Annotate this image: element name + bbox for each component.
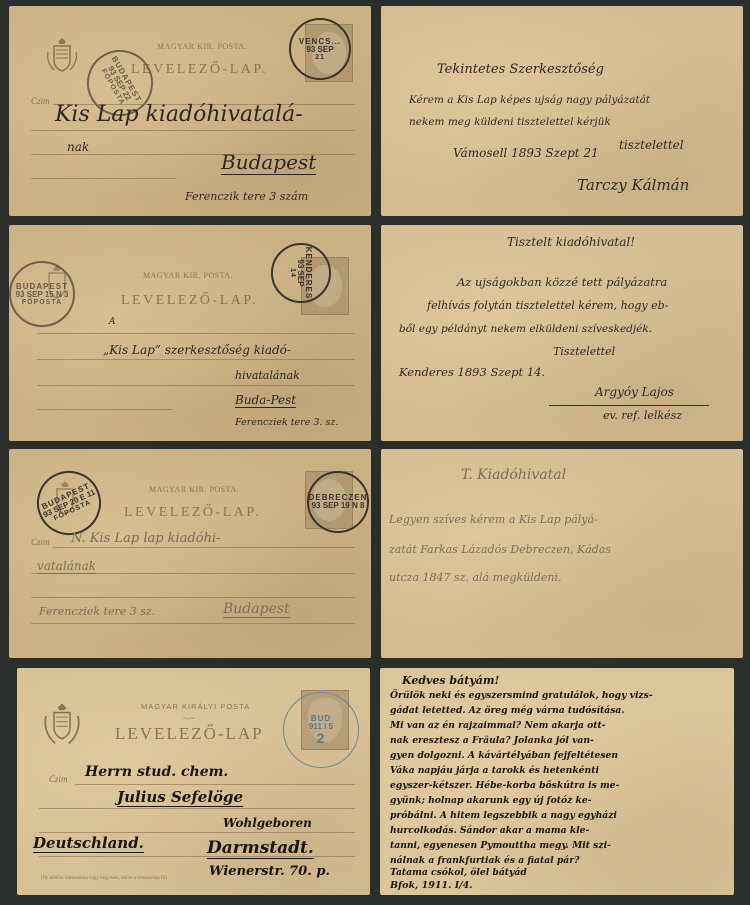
address-line-3: Ferencziek tere 3 sz. <box>39 605 155 618</box>
postmark-budapest: BUD 911 I 5 2 <box>283 692 359 768</box>
message-closing: Tatama csókol, ölel bátyád <box>390 867 527 878</box>
message-line: Legyen szíves kérem a Kis Lap pályá- <box>389 513 598 526</box>
address-line-2: Julius Sefelöge <box>117 788 243 807</box>
message-line: ből egy példányt nekem elküldeni szívesk… <box>399 323 652 335</box>
message-line: Váka napjáu járja a tarokk és hetenkénti <box>390 765 599 776</box>
address-line <box>37 409 172 410</box>
message-greeting: Kedves bátyám! <box>402 674 499 687</box>
card-title: LEVELEZŐ-LAP. <box>121 293 258 309</box>
postmark-debreczen: DEBRECZEN 93 SEP 19 N 8 <box>307 471 369 533</box>
postmark-budapest: BUDAPEST 93 SEP 15 N 3 FŐPOSTA <box>9 261 75 327</box>
signature-flourish <box>549 405 709 406</box>
address-line-3: Wohlgeboren <box>223 816 312 830</box>
address-line-1: A <box>109 317 116 327</box>
message-line: hurcolkodás. Sándor akar a mama kle- <box>390 825 589 836</box>
address-line <box>37 333 355 334</box>
address-line-3: Budapest <box>221 150 316 175</box>
message-line: utcza 1847 sz. alá megküldeni. <box>389 571 561 584</box>
signature: Argyóy Lajos <box>595 385 674 399</box>
message-line: tanni, egyenesen Pymouttha megy. Mit szi… <box>390 840 611 851</box>
address-line <box>39 832 355 833</box>
message-closing: Tisztelettel <box>553 345 615 358</box>
postcard-4-front: MAGYAR KIRÁLYI POSTA ~◦~ LEVELEZŐ-LAP BU… <box>17 668 370 895</box>
card-header: MAGYAR KIR. POSTA. <box>157 42 247 51</box>
message-line: Örülök neki és egyszersmind gratulálok, … <box>390 690 653 701</box>
card-header: MAGYAR KIR. POSTA. <box>149 485 239 494</box>
message-line: zatát Farkas Lázadós Debreczen, Kádas <box>389 543 611 556</box>
card-header: MAGYAR KIR. POSTA. <box>143 271 233 280</box>
message-line: gyünk; holnap akarunk egy új fotóz ke- <box>390 795 592 806</box>
address-line <box>39 808 355 809</box>
address-line-2: vatalának <box>37 559 96 574</box>
message-line: próbálni. A hitem legszebbik a nagy egyh… <box>390 810 617 821</box>
postmark-vencs: VENCS... 93 SEP 21 <box>289 18 351 80</box>
message-greeting: Tisztelt kiadóhivatal! <box>507 235 635 249</box>
address-line-4: Darmstadt. <box>207 838 314 859</box>
signature-title: ev. ref. lelkész <box>603 409 682 422</box>
address-line <box>31 623 355 624</box>
address-line-1: N. Kis Lap lap kiadóhi- <box>71 531 221 546</box>
card-title: LEVELEZŐ-LAP <box>115 724 264 744</box>
address-line <box>31 597 355 598</box>
address-label: Czim <box>49 774 68 784</box>
address-line <box>31 130 355 131</box>
message-line: Az ujságokban közzé tett pályázatra <box>457 275 667 289</box>
message-line: Tekintetes Szerkesztőség <box>437 62 604 77</box>
message-line: nak eresztesz a Fräula? Jolanka jól van- <box>390 735 594 746</box>
address-line-5: Wienerstr. 70. p. <box>209 864 330 879</box>
message-line: Mi van az én rajzaimmal? Nem akarja ott- <box>390 720 606 731</box>
postcard-2-front: MAGYAR KIR. POSTA. LEVELEZŐ-LAP. KENDERE… <box>9 225 371 441</box>
address-line <box>75 784 355 785</box>
address-line-3: hivatalának <box>235 369 300 382</box>
message-line: gádat letetted. Az öreg még várna tudósí… <box>390 705 625 716</box>
address-line-1: Kis Lap kiadóhivatalá- <box>55 102 303 127</box>
address-line-2: „Kis Lap” szerkesztőség kiadó- <box>103 343 291 357</box>
address-line-5: Ferencziek tere 3. sz. <box>235 417 338 428</box>
postcard-2-back: Tisztelt kiadóhivatal! Az ujságokban köz… <box>381 225 743 441</box>
postcard-3-back: T. Kiadóhivatal Legyen szíves kérem a Ki… <box>381 449 743 658</box>
address-line <box>31 178 176 179</box>
message-date: Vámosell 1893 Szept 21 <box>453 146 599 160</box>
address-line-1: Herrn stud. chem. <box>85 764 228 780</box>
address-line-4: Ferenczik tere 3 szám <box>185 190 308 203</box>
card-title: LEVELEZŐ-LAP. <box>124 505 261 521</box>
address-line <box>37 359 355 360</box>
message-line: nekem meg küldeni tisztelettel kérjük <box>409 116 611 128</box>
divider-ornament: ~◦~ <box>183 714 195 723</box>
address-line <box>53 547 355 548</box>
message-line: gyen dolgozni. A kávártélyában fejfeltét… <box>390 750 618 761</box>
address-label: Czim <box>31 96 50 106</box>
message-closing: tisztelettel <box>619 138 684 152</box>
address-label: Czim <box>31 537 50 547</box>
message-date: Bfok, 1911. I/4. <box>390 880 473 891</box>
postmark-kenderes: KENDERES 93 SEP 14 <box>271 243 331 303</box>
address-line-4: Buda-Pest <box>235 393 296 408</box>
postcard-1-back: Tekintetes Szerkesztőség Kérem a Kis Lap… <box>381 6 743 216</box>
hungarian-crest-icon <box>39 700 85 748</box>
card-header: MAGYAR KIRÁLYI POSTA <box>141 702 250 711</box>
postcard-3-front: MAGYAR KIR. POSTA. LEVELEZŐ-LAP. DEBRECZ… <box>9 449 371 658</box>
message-greeting: T. Kiadóhivatal <box>461 467 566 483</box>
printed-footnote: (Ily kültöni felmutatása vagy hegyesen, … <box>41 876 167 881</box>
postcard-4-back: Kedves bátyám! Örülök neki és egyszersmi… <box>380 668 734 895</box>
hungarian-crest-icon <box>42 34 82 76</box>
message-date: Kenderes 1893 Szept 14. <box>399 365 545 379</box>
address-line-2: nak <box>67 140 89 154</box>
address-line-4: Budapest <box>223 601 290 618</box>
address-line <box>37 385 355 386</box>
signature: Tarczy Kálmán <box>577 176 689 194</box>
postcard-1-front: MAGYAR KIR. POSTA. LEVELEZŐ-LAP. VENCS..… <box>9 6 371 216</box>
message-line: egyszer-kétszer. Hébe-korba bőskútra is … <box>390 780 619 791</box>
message-line: nálnak a frankfurtiak és a fiatal pár? <box>390 855 579 866</box>
message-line: Kérem a Kis Lap képes ujság nagy pályáza… <box>409 94 650 106</box>
destination-country: Deutschland. <box>33 834 144 853</box>
message-line: felhívás folytán tisztelettel kérem, hog… <box>427 299 668 312</box>
